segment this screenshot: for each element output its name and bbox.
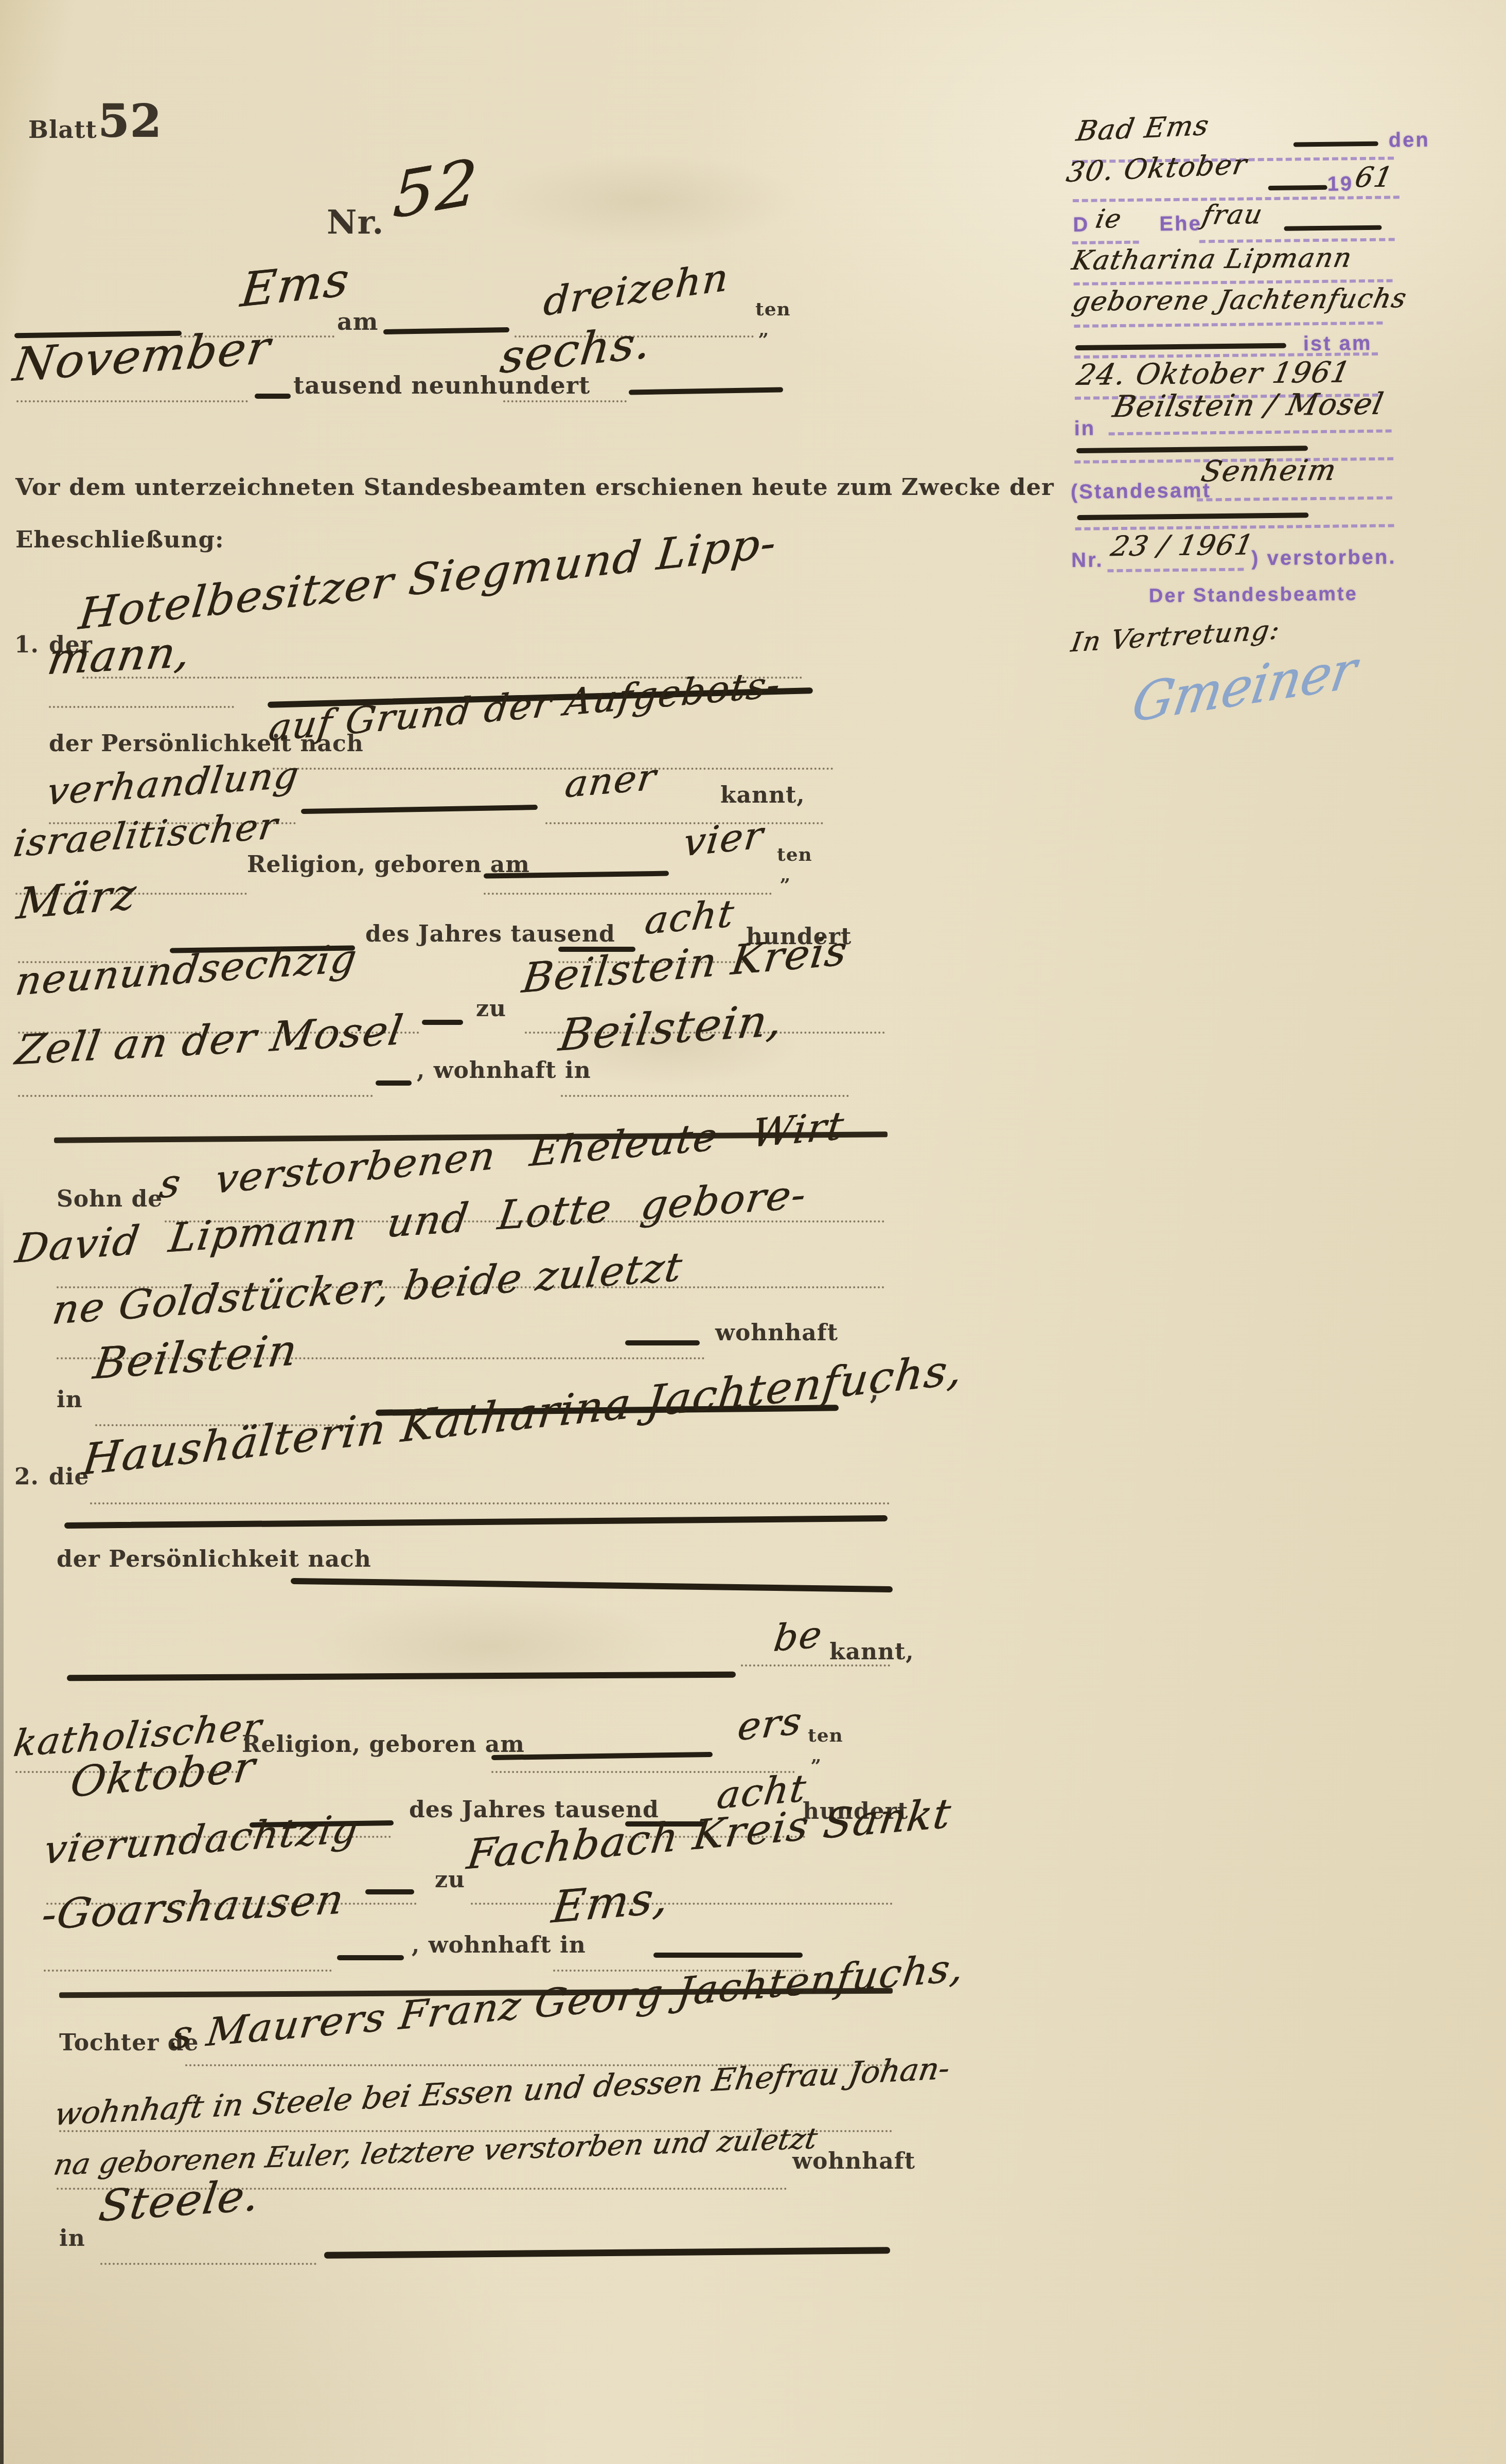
- stamp-ie-hand: ie: [1093, 204, 1124, 234]
- stamp-date-hand: 30. Oktober: [1064, 148, 1250, 188]
- ink-line: [625, 1340, 700, 1345]
- groom-jahres-label: des Jahres tausend: [365, 921, 615, 947]
- dotted-blank: [18, 1095, 373, 1097]
- dateline-year: sechs.: [498, 315, 654, 384]
- bride-parents-line2: wohnhaft in Steele bei Essen und dessen …: [52, 2050, 952, 2133]
- dotted-blank: [16, 400, 248, 402]
- bride-parents-line1: s Maurers Franz Georg Jachtenfuchs,: [169, 1944, 967, 2058]
- ditto-mark: „: [780, 864, 791, 886]
- ink-line: [1076, 446, 1308, 453]
- bride-kannt-label: kannt,: [829, 1639, 914, 1665]
- bride-bekannt-hand: be: [771, 1612, 825, 1660]
- page-edge-shadow: [0, 1183, 4, 2464]
- bride-wohnhaft-label: wohnhaft: [792, 2148, 915, 2174]
- bride-item-number: 2.: [14, 1464, 39, 1490]
- groom-birthplace-line2: Zell an der Mosel: [12, 1006, 407, 1074]
- groom-anerkannt-hand: aner: [562, 755, 659, 806]
- stamp-dashed-line: [1199, 238, 1395, 243]
- bride-persoenlichkeit-label: der Persönlichkeit nach: [57, 1546, 371, 1572]
- ink-line: [422, 1020, 463, 1025]
- bride-birth-year: vierundachtzig: [41, 1805, 362, 1873]
- ink-line: [1294, 141, 1378, 147]
- blatt-number: 52: [98, 94, 162, 147]
- groom-ten-label: ten: [777, 844, 812, 865]
- nr-value-handwritten: 52: [392, 145, 480, 233]
- paper-smudge: [309, 1595, 669, 1698]
- ink-line: [64, 1515, 888, 1529]
- stamp-place-hand: Bad Ems: [1074, 109, 1212, 148]
- groom-parents-residence: Beilstein: [91, 1324, 302, 1389]
- groom-identification-line1: auf Grund der Aufgebots-: [267, 662, 784, 749]
- ink-line: [629, 387, 783, 395]
- stamp-verstorben-label: ) verstorben.: [1251, 545, 1396, 570]
- groom-item-number: 1.: [14, 632, 39, 658]
- bride-ten-label: ten: [808, 1725, 843, 1746]
- death-stamp-block: Bad Ems den 30. Oktober 19 61 D ie Ehe f…: [1067, 109, 1475, 792]
- dotted-blank: [273, 768, 834, 770]
- groom-century-hand: acht: [642, 892, 737, 944]
- bride-birth-day: ers: [735, 1699, 804, 1749]
- dotted-blank: [90, 1502, 890, 1504]
- dateline-place: Ems: [238, 252, 353, 317]
- ink-line: [653, 1953, 803, 1958]
- ink-line: [324, 2247, 890, 2259]
- dateline-month: November: [10, 321, 274, 392]
- stamp-nr-label: Nr.: [1071, 548, 1104, 572]
- groom-kannt-label: kannt,: [720, 782, 805, 808]
- stamp-dashed-line: [1109, 430, 1392, 436]
- groom-birth-day: vier: [681, 813, 766, 865]
- dateline-day: dreizehn: [542, 254, 731, 325]
- stamp-ehe-label: Ehe: [1159, 212, 1202, 236]
- stamp-standesamt-hand: Senheim: [1198, 454, 1340, 489]
- ditto-mark: „: [811, 1745, 822, 1767]
- bride-in-label: in: [59, 2225, 85, 2252]
- groom-wohnhaft-in-label: , wohnhaft in: [417, 1057, 591, 1084]
- stamp-frau-hand: frau: [1199, 199, 1266, 231]
- bride-religion-label: Religion, geboren am: [242, 1731, 525, 1758]
- stamp-dashed-line: [1107, 568, 1244, 573]
- official-signature: Gmeiner: [1128, 639, 1360, 735]
- stamp-in-label: in: [1074, 417, 1095, 440]
- blatt-label: Blatt: [28, 116, 97, 144]
- dotted-blank: [503, 400, 627, 402]
- ink-line: [255, 394, 291, 399]
- stamp-nr-hand: 23 / 1961: [1108, 528, 1257, 562]
- stamp-vertretung-hand: In Vertretung:: [1069, 614, 1282, 658]
- ink-line: [1268, 185, 1327, 190]
- bride-residence: Ems,: [549, 1872, 672, 1933]
- dotted-blank: [44, 1970, 332, 1972]
- ink-line: [1284, 225, 1381, 231]
- stamp-dashed-line: [1072, 241, 1139, 244]
- stamp-year-prefix-label: 19: [1327, 172, 1353, 196]
- stamp-maiden-hand: geborene Jachtenfuchs: [1070, 283, 1410, 317]
- stamp-death-place-hand: Beilstein / Mosel: [1110, 386, 1387, 424]
- ink-line: [383, 327, 509, 334]
- ink-line: [376, 1080, 412, 1086]
- dotted-blank: [100, 2263, 316, 2265]
- groom-sohn-label: Sohn de: [57, 1186, 163, 1212]
- dotted-blank: [545, 822, 823, 824]
- groom-religion-hand: israelitischer: [11, 804, 281, 865]
- ink-line: [1077, 512, 1308, 520]
- ink-line: [291, 1578, 893, 1592]
- groom-in-label: in: [57, 1387, 83, 1413]
- groom-identification-line2: verhandlung: [44, 753, 302, 813]
- groom-name-line2: mann,: [44, 627, 195, 684]
- groom-zu-label: zu: [476, 996, 506, 1022]
- ten-label: ten: [755, 298, 791, 320]
- bride-zu-label: zu: [435, 1867, 465, 1893]
- bride-wohnhaft-in-label: , wohnhaft in: [412, 1932, 586, 1958]
- ink-line: [301, 805, 538, 814]
- intro-line2: Eheschließung:: [15, 526, 224, 553]
- bride-birthplace-line2: -Goarshausen: [39, 1875, 348, 1939]
- stamp-year-suffix-hand: 61: [1352, 161, 1396, 193]
- stamp-name-hand: Katharina Lipmann: [1069, 242, 1355, 276]
- dotted-blank: [49, 706, 234, 708]
- stamp-d-label: D: [1073, 214, 1089, 237]
- stamp-dashed-line: [1074, 322, 1383, 328]
- paper-smudge: [489, 154, 798, 247]
- stamp-dashed-line: [1197, 497, 1392, 502]
- nr-label: Nr.: [327, 203, 384, 242]
- ink-line: [1075, 343, 1286, 350]
- stamp-den-label: den: [1388, 129, 1430, 152]
- groom-birth-year: neunundsechzig: [13, 935, 361, 1004]
- dotted-blank: [471, 1903, 893, 1905]
- intro-line1: Vor dem unterzeichneten Standesbeamten e…: [15, 473, 1054, 501]
- dotted-blank: [561, 1095, 849, 1097]
- marriage-register-page: Blatt 52 Nr. 52 Ems am dreizehn ten „ No…: [0, 0, 1506, 2464]
- groom-wohnhaft-label: wohnhaft: [715, 1320, 838, 1346]
- stamp-standesamt-label: (Standesamt: [1071, 479, 1212, 504]
- ink-line: [365, 1889, 414, 1894]
- groom-birth-month: März: [14, 868, 139, 929]
- ink-line: [337, 1955, 404, 1960]
- am-label: am: [337, 308, 378, 335]
- dotted-blank: [741, 1664, 890, 1667]
- ditto-mark: „: [758, 319, 770, 341]
- stamp-official-label: Der Standesbeamte: [1149, 583, 1358, 607]
